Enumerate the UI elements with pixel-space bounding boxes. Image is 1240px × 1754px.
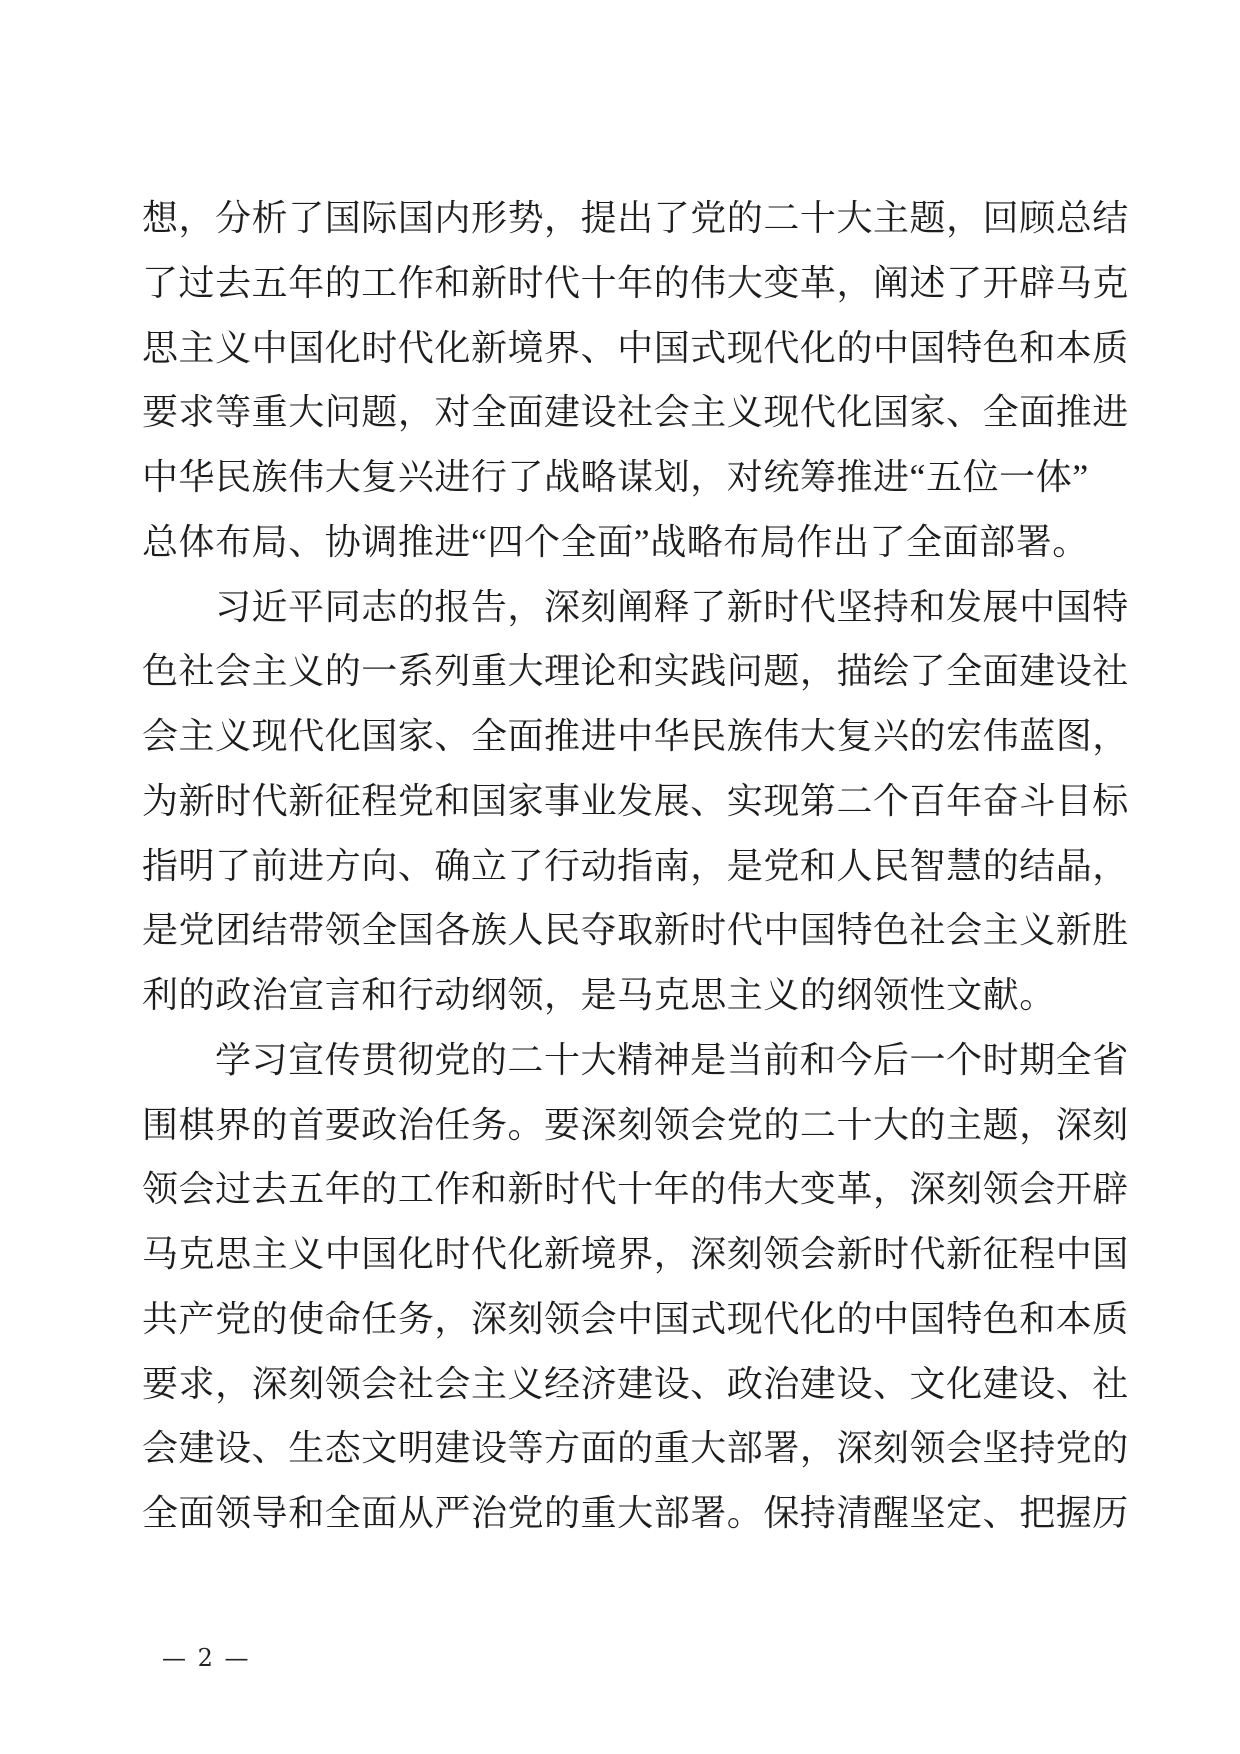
- body-line: 领会过去五年的工作和新时代十年的伟大变革，深刻领会开辟: [142, 1157, 1134, 1222]
- body-line: 学习宣传贯彻党的二十大精神是当前和今后一个时期全省: [142, 1028, 1134, 1093]
- paragraph: 学习宣传贯彻党的二十大精神是当前和今后一个时期全省 围棋界的首要政治任务。要深刻…: [142, 1028, 1134, 1546]
- body-line: 共产党的使命任务，深刻领会中国式现代化的中国特色和本质: [142, 1287, 1134, 1352]
- body-line: 全面领导和全面从严治党的重大部署。保持清醒坚定、把握历: [142, 1481, 1134, 1546]
- body-line: 指明了前进方向、确立了行动指南，是党和人民智慧的结晶，: [142, 834, 1134, 899]
- paragraph: 习近平同志的报告，深刻阐释了新时代坚持和发展中国特 色社会主义的一系列重大理论和…: [142, 575, 1134, 1028]
- body-line: 会主义现代化国家、全面推进中华民族伟大复兴的宏伟蓝图，: [142, 704, 1134, 769]
- body-line: 围棋界的首要政治任务。要深刻领会党的二十大的主题，深刻: [142, 1093, 1134, 1158]
- body-line: 色社会主义的一系列重大理论和实践问题，描绘了全面建设社: [142, 639, 1134, 704]
- body-line: 马克思主义中国化时代化新境界，深刻领会新时代新征程中国: [142, 1222, 1134, 1287]
- document-body: 想，分析了国际国内形势，提出了党的二十大主题，回顾总结 了过去五年的工作和新时代…: [142, 186, 1134, 1546]
- body-line: 是党团结带领全国各族人民夺取新时代中国特色社会主义新胜: [142, 898, 1134, 963]
- paragraph: 想，分析了国际国内形势，提出了党的二十大主题，回顾总结 了过去五年的工作和新时代…: [142, 186, 1134, 575]
- body-line: 要求，深刻领会社会主义经济建设、政治建设、文化建设、社: [142, 1352, 1134, 1417]
- page-number: — 2 —: [162, 1644, 251, 1672]
- body-line: 习近平同志的报告，深刻阐释了新时代坚持和发展中国特: [142, 575, 1134, 640]
- body-line: 利的政治宣言和行动纲领，是马克思主义的纲领性文献。: [142, 963, 1134, 1028]
- body-line: 为新时代新征程党和国家事业发展、实现第二个百年奋斗目标: [142, 769, 1134, 834]
- body-line: 中华民族伟大复兴进行了战略谋划，对统筹推进“五位一体”: [142, 445, 1134, 510]
- body-line: 思主义中国化时代化新境界、中国式现代化的中国特色和本质: [142, 316, 1134, 381]
- body-line: 想，分析了国际国内形势，提出了党的二十大主题，回顾总结: [142, 186, 1134, 251]
- body-line: 总体布局、协调推进“四个全面”战略布局作出了全面部署。: [142, 510, 1134, 575]
- body-line: 要求等重大问题，对全面建设社会主义现代化国家、全面推进: [142, 380, 1134, 445]
- document-page: 想，分析了国际国内形势，提出了党的二十大主题，回顾总结 了过去五年的工作和新时代…: [0, 0, 1240, 1754]
- body-line: 了过去五年的工作和新时代十年的伟大变革，阐述了开辟马克: [142, 251, 1134, 316]
- body-line: 会建设、生态文明建设等方面的重大部署，深刻领会坚持党的: [142, 1416, 1134, 1481]
